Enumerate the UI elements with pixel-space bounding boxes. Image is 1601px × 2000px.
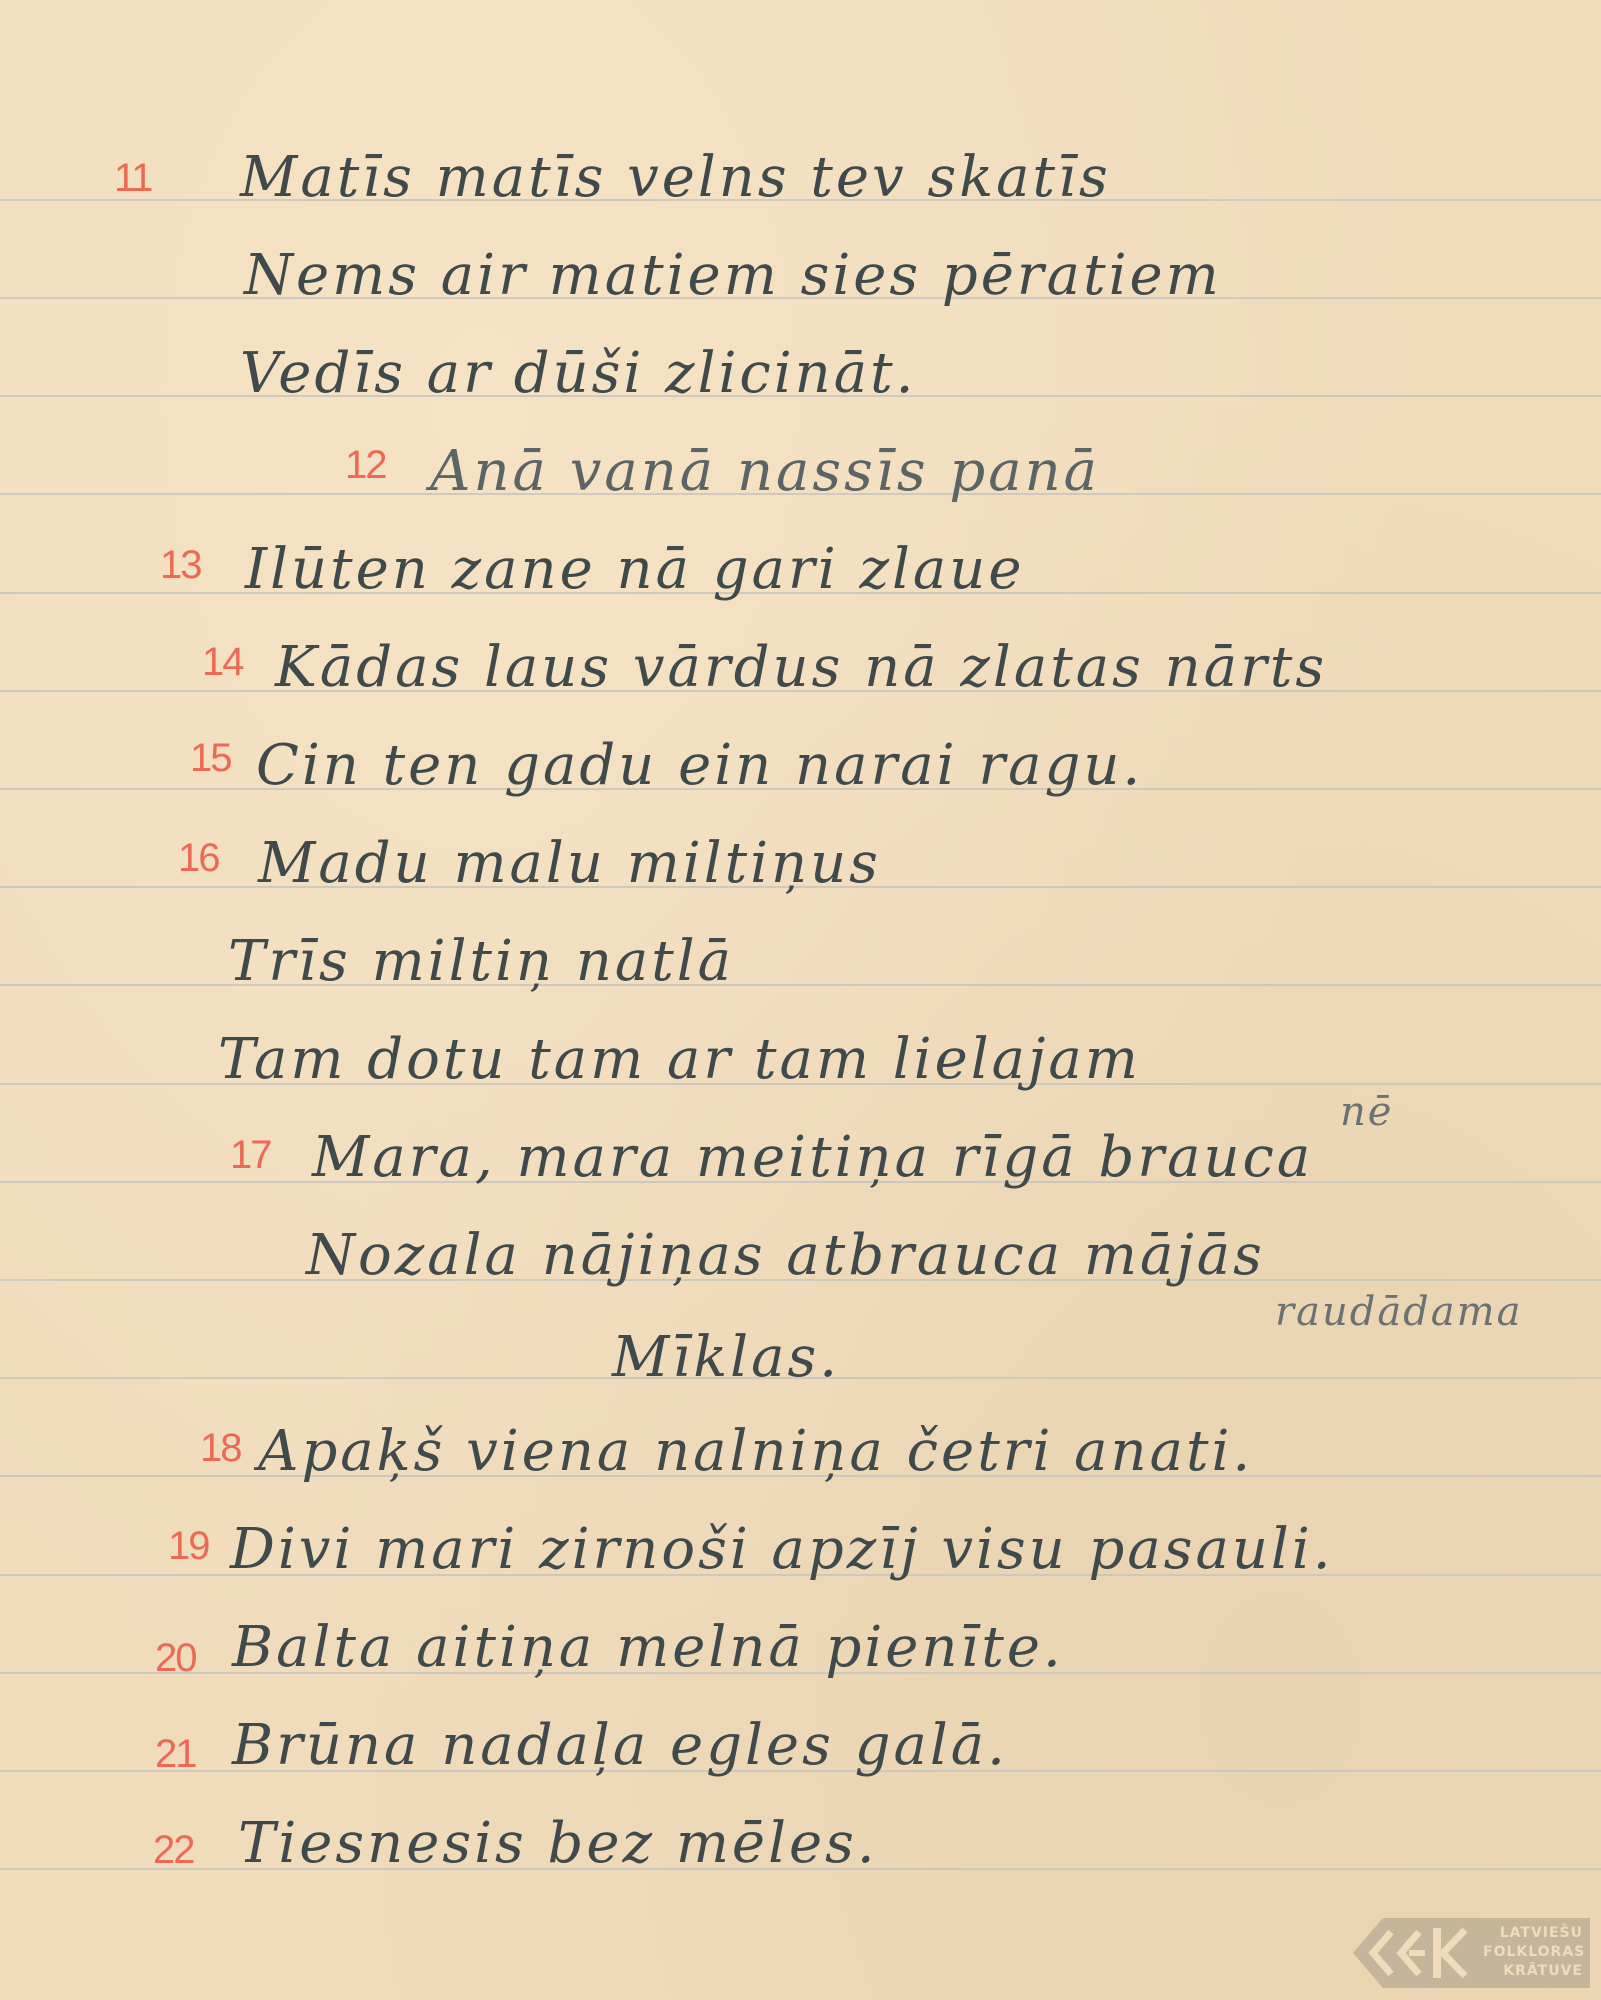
entry-number: 13 [160,545,201,585]
margin-annotation: raudādama [1275,1292,1522,1332]
entry-number: 16 [178,838,219,878]
riddle-line: Ilūten zane nā gari zlaue [245,542,1024,598]
logo-line-1: LATVIEŠU [1483,1924,1583,1943]
riddle-line: Kādas laus vārdus nā zlatas nārts [275,640,1327,696]
riddle-line: Vedīs ar dūši zlicināt. [240,346,916,402]
riddle-line: Trīs miltiņ natlā [228,934,734,990]
riddle-line: Cin ten gadu ein narai ragu. [256,738,1143,794]
logo-line-3: KRĀTUVE [1483,1962,1583,1981]
riddle-line: Balta aitiņa melnā pienīte. [232,1620,1064,1676]
riddle-line: Anā vanā nassīs panā [430,444,1100,500]
riddle-line: Brūna nadaļa egles galā. [232,1718,1008,1774]
entry-number: 12 [345,445,386,485]
riddle-line: Divi mari zirnoši apzīj visu pasauli. [230,1522,1334,1578]
riddle-line: Apaķš viena nalniņa četri anati. [258,1424,1253,1480]
entry-number: 19 [168,1526,209,1566]
entry-number: 15 [190,738,231,778]
riddle-line: Tiesnesis bez mēles. [238,1816,878,1872]
entry-number: 22 [153,1830,194,1870]
riddle-line: Mara, mara meitiņa rīgā brauca [312,1130,1313,1186]
entry-number: 11 [114,158,152,198]
entry-number: 17 [230,1135,271,1175]
entry-number: 14 [202,642,243,682]
archive-logo: LATVIEŠU FOLKLORAS KRĀTUVE [1353,1918,1590,1988]
riddle-line: Nozala nājiņas atbrauca mājās [306,1228,1265,1284]
riddle-line: Nems air matiem sies pēratiem [244,248,1222,304]
entry-number: 21 [155,1734,196,1774]
logo-line-2: FOLKLORAS [1483,1943,1583,1962]
riddle-line: Matīs matīs velns tev skatīs [240,150,1111,206]
logo-text: LATVIEŠU FOLKLORAS KRĀTUVE [1483,1924,1583,1981]
entry-number: 18 [200,1428,241,1468]
section-title: Mīklas. [612,1330,840,1386]
manuscript-page: 11 Matīs matīs velns tev skatīs Nems air… [0,0,1601,2000]
riddle-line: Tam dotu tam ar tam lielajam [218,1032,1141,1088]
riddle-line: Madu malu miltiņus [258,836,881,892]
margin-annotation: nē [1340,1092,1393,1132]
entry-number: 20 [155,1638,196,1678]
